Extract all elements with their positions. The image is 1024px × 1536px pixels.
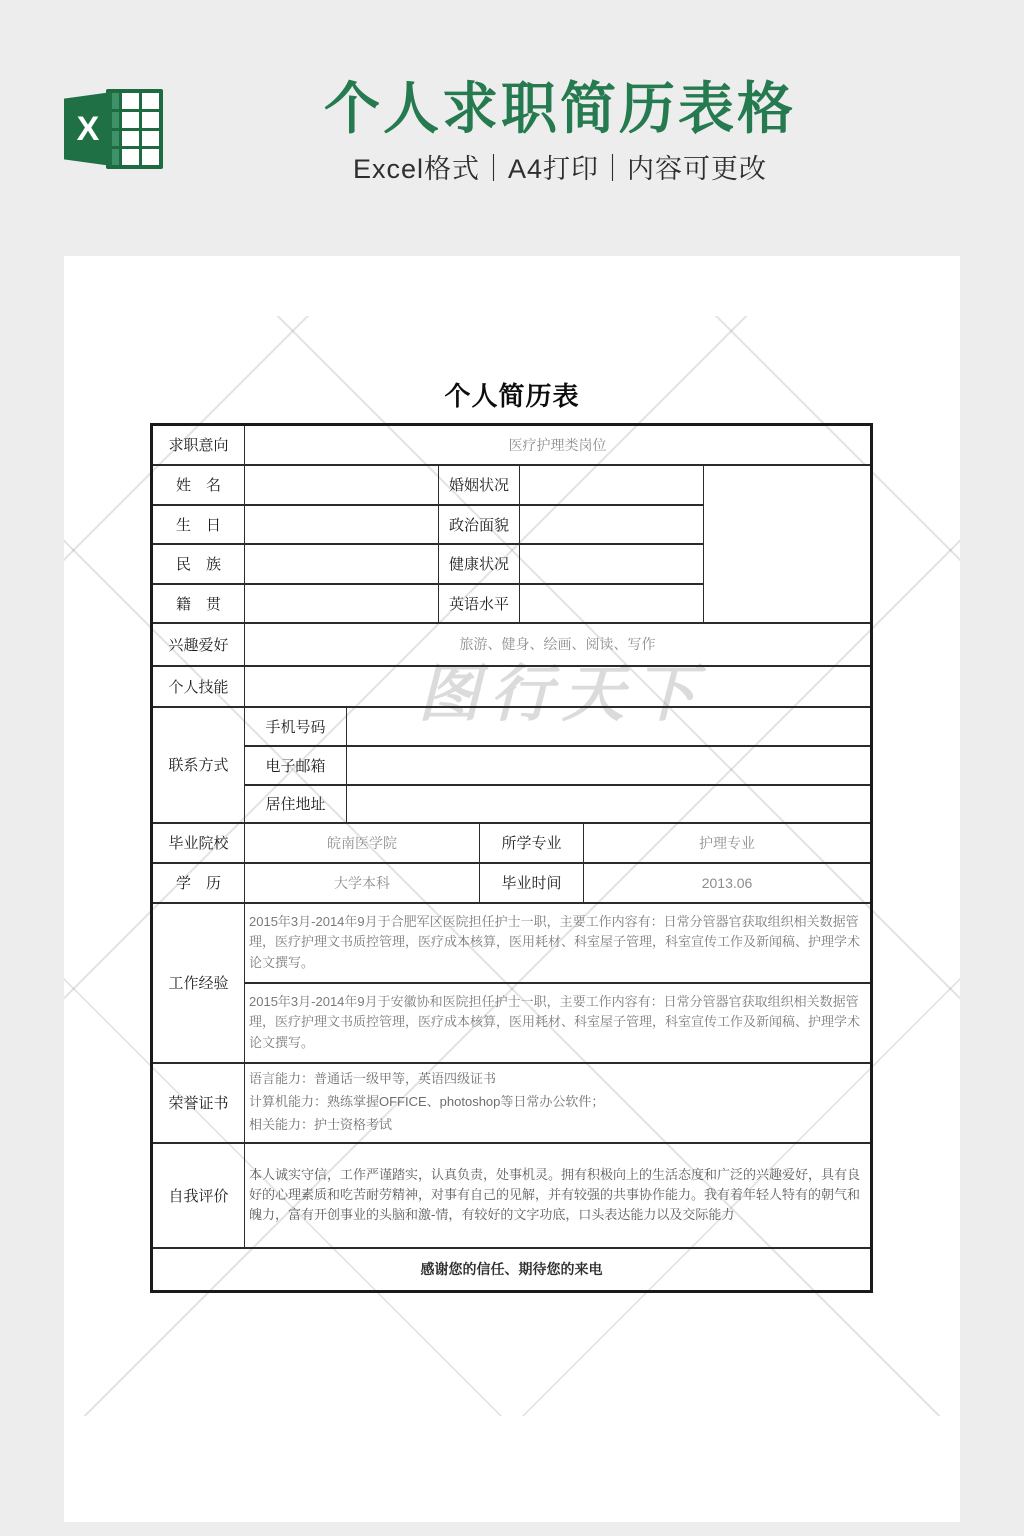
value-hobbies: 旅游、健身、绘画、阅读、写作: [245, 623, 872, 666]
label-self-evaluation: 自我评价: [152, 1143, 245, 1248]
label-marital-status: 婚姻状况: [439, 465, 520, 505]
row-address: 居住地址: [152, 785, 872, 823]
page-title: 个人求职简历表格: [96, 78, 1024, 141]
value-email: [347, 746, 872, 785]
row-email: 电子邮箱: [152, 746, 872, 785]
label-health-status: 健康状况: [439, 544, 520, 584]
resume-card: 图行天下 个人简历表 求职意向 医疗护理类岗位 姓 名 婚姻状况 生 日 政治面…: [64, 256, 960, 1522]
label-work-experience: 工作经验: [152, 903, 245, 1063]
value-address: [347, 785, 872, 823]
label-native-place: 籍 贯: [152, 584, 245, 623]
row-footer-note: 感谢您的信任、期待您的来电: [152, 1248, 872, 1292]
value-honors: 语言能力：普通话一级甲等，英语四级证书 计算机能力：熟练掌握OFFICE、pho…: [245, 1063, 872, 1143]
label-job-intention: 求职意向: [152, 425, 245, 465]
row-honors: 荣誉证书 语言能力：普通话一级甲等，英语四级证书 计算机能力：熟练掌握OFFIC…: [152, 1063, 872, 1143]
label-address: 居住地址: [245, 785, 347, 823]
row-self-evaluation: 自我评价 本人诚实守信，工作严谨踏实，认真负责，处事机灵。拥有积极向上的生活态度…: [152, 1143, 872, 1248]
photo-box: [704, 465, 872, 623]
work-entry-1: 2015年3月-2014年9月于合肥军区医院担任护士一职，主要工作内容有：日常分…: [245, 903, 872, 983]
value-birthday: [245, 505, 439, 544]
value-english-level: [520, 584, 704, 623]
row-job-intention: 求职意向 医疗护理类岗位: [152, 425, 872, 465]
label-ethnicity: 民 族: [152, 544, 245, 584]
row-work-experience-1: 工作经验 2015年3月-2014年9月于合肥军区医院担任护士一职，主要工作内容…: [152, 903, 872, 983]
label-mobile: 手机号码: [245, 707, 347, 746]
label-birthday: 生 日: [152, 505, 245, 544]
page-subtitle: Excel格式｜A4打印｜内容可更改: [96, 147, 1024, 186]
row-mobile: 联系方式 手机号码: [152, 707, 872, 746]
value-major: 护理专业: [584, 823, 872, 863]
value-marital-status: [520, 465, 704, 505]
row-graduate-school: 毕业院校 皖南医学院 所学专业 护理专业: [152, 823, 872, 863]
label-education-level: 学 历: [152, 863, 245, 903]
row-work-experience-2: 2015年3月-2014年9月于安徽协和医院担任护士一职，主要工作内容有：日常分…: [152, 983, 872, 1063]
document-title: 个人简历表: [64, 376, 960, 413]
work-entry-2: 2015年3月-2014年9月于安徽协和医院担任护士一职，主要工作内容有：日常分…: [245, 983, 872, 1063]
label-political-status: 政治面貌: [439, 505, 520, 544]
value-graduate-school: 皖南医学院: [245, 823, 480, 863]
value-health-status: [520, 544, 704, 584]
value-education-level: 大学本科: [245, 863, 480, 903]
label-major: 所学专业: [480, 823, 584, 863]
row-name: 姓 名 婚姻状况: [152, 465, 872, 505]
value-job-intention: 医疗护理类岗位: [245, 425, 872, 465]
label-graduation-date: 毕业时间: [480, 863, 584, 903]
label-graduate-school: 毕业院校: [152, 823, 245, 863]
label-english-level: 英语水平: [439, 584, 520, 623]
label-personal-skills: 个人技能: [152, 666, 245, 707]
row-education-level: 学 历 大学本科 毕业时间 2013.06: [152, 863, 872, 903]
label-name: 姓 名: [152, 465, 245, 505]
page-header: X 个人求职简历表格 Excel格式｜A4打印｜内容可更改: [0, 0, 1024, 255]
value-graduation-date: 2013.06: [584, 863, 872, 903]
excel-x-letter: X: [77, 110, 100, 149]
label-honors: 荣誉证书: [152, 1063, 245, 1143]
label-email: 电子邮箱: [245, 746, 347, 785]
resume-table: 求职意向 医疗护理类岗位 姓 名 婚姻状况 生 日 政治面貌 民 族 健康状况: [150, 423, 873, 1293]
footer-note: 感谢您的信任、期待您的来电: [152, 1248, 872, 1292]
value-mobile: [347, 707, 872, 746]
value-personal-skills: [245, 666, 872, 707]
excel-x-flag-icon: X: [64, 92, 112, 166]
label-contact: 联系方式: [152, 707, 245, 823]
value-name: [245, 465, 439, 505]
honor-line-computer: 计算机能力：熟练掌握OFFICE、photoshop等日常办公软件；: [249, 1091, 866, 1114]
value-political-status: [520, 505, 704, 544]
row-hobbies: 兴趣爱好 旅游、健身、绘画、阅读、写作: [152, 623, 872, 666]
value-native-place: [245, 584, 439, 623]
honor-line-language: 语言能力：普通话一级甲等，英语四级证书: [249, 1068, 866, 1091]
value-self-evaluation: 本人诚实守信，工作严谨踏实，认真负责，处事机灵。拥有积极向上的生活态度和广泛的兴…: [245, 1143, 872, 1248]
row-personal-skills: 个人技能: [152, 666, 872, 707]
honor-line-related: 相关能力：护士资格考试: [249, 1114, 866, 1137]
label-hobbies: 兴趣爱好: [152, 623, 245, 666]
header-titles: 个人求职简历表格 Excel格式｜A4打印｜内容可更改: [0, 78, 1024, 186]
value-ethnicity: [245, 544, 439, 584]
